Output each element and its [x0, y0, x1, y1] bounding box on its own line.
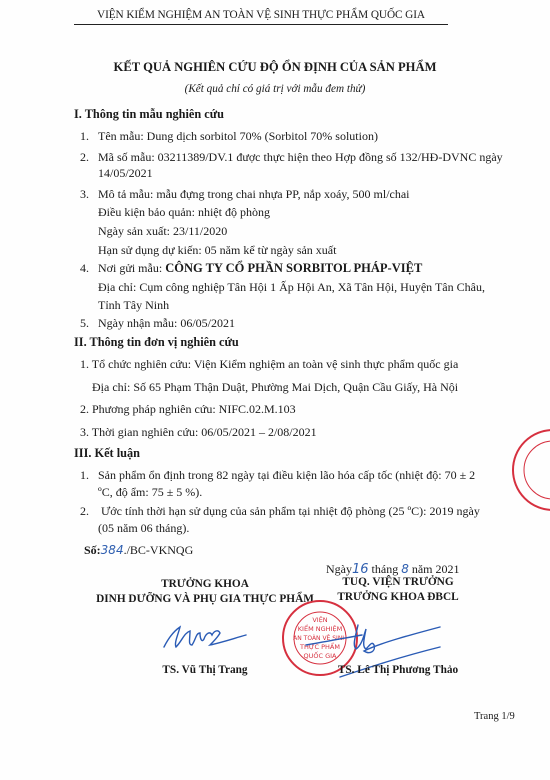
sender-province: Tỉnh Tây Ninh — [98, 298, 169, 313]
document-subtitle: (Kết quả chỉ có giá trị với mẫu đem thử) — [0, 83, 550, 95]
research-method: 2. Phương pháp nghiên cứu: NIFC.02.M.103 — [80, 402, 296, 417]
right-signatory-title1: TUQ. VIỆN TRƯỞNG — [318, 576, 478, 588]
left-signature-icon — [160, 617, 260, 657]
sample-code: 2.Mã số mẫu: 03211389/DV.1 được thực hiệ… — [80, 150, 503, 165]
conclusion-1-cont: ºC, độ ẩm: 75 ± 5 %). — [98, 485, 202, 500]
section-3-heading: III. Kết luận — [74, 446, 140, 461]
sample-description: 3.Mô tả mẫu: mẫu đựng trong chai nhựa PP… — [80, 187, 410, 202]
page-number: Trang 1/9 — [474, 711, 515, 722]
institute-header: VIỆN KIỂM NGHIỆM AN TOÀN VỆ SINH THỰC PH… — [74, 9, 448, 25]
document-title: KẾT QUẢ NGHIÊN CỨU ĐỘ ỔN ĐỊNH CỦA SẢN PH… — [0, 60, 550, 75]
left-signatory-title1: TRƯỞNG KHOA — [80, 578, 330, 590]
document-page: VIỆN KIỂM NGHIỆM AN TOÀN VỆ SINH THỰC PH… — [0, 0, 550, 780]
research-org-address: Địa chỉ: Số 65 Phạm Thận Duật, Phường Ma… — [92, 380, 458, 395]
manufacture-date: Ngày sản xuất: 23/11/2020 — [98, 224, 227, 239]
conclusion-2: 2. Ước tính thời hạn sử dụng của sản phẩ… — [80, 504, 480, 519]
section-1-heading: I. Thông tin mẫu nghiên cứu — [74, 107, 224, 122]
right-signatory-name: TS. Lê Thị Phương Thảo — [318, 664, 478, 676]
conclusion-2-cont: (05 năm 06 tháng). — [98, 521, 189, 536]
sample-code-date: 14/05/2021 — [98, 166, 153, 181]
research-period: 3. Thời gian nghiên cứu: 06/05/2021 – 2/… — [80, 425, 317, 440]
sender-address: Địa chỉ: Cụm công nghiệp Tân Hội 1 Ấp Hộ… — [98, 280, 485, 295]
research-organization: 1. Tổ chức nghiên cứu: Viện Kiểm nghiệm … — [80, 357, 458, 372]
received-date: 5.Ngày nhận mẫu: 06/05/2021 — [80, 316, 235, 331]
sender-company: CÔNG TY CỔ PHẦN SORBITOL PHÁP-VIỆT — [165, 261, 422, 275]
section-2-heading: II. Thông tin đơn vị nghiên cứu — [74, 335, 239, 350]
stamp-edge-icon — [508, 425, 550, 515]
storage-condition: Điều kiện bảo quản: nhiệt độ phòng — [98, 205, 270, 220]
sender: 4.Nơi gửi mẫu: CÔNG TY CỔ PHẦN SORBITOL … — [80, 261, 422, 276]
sample-name: 1.Tên mẫu: Dung dịch sorbitol 70% (Sorbi… — [80, 129, 378, 144]
reference-number: Số:384./BC-VKNQG — [84, 543, 193, 558]
expected-shelf-life: Hạn sử dụng dự kiến: 05 năm kể từ ngày s… — [98, 243, 336, 258]
conclusion-1: 1.Sản phẩm ổn định trong 82 ngày tại điề… — [80, 468, 475, 483]
signing-date: Ngày16 tháng 8 năm 2021 — [326, 562, 460, 577]
